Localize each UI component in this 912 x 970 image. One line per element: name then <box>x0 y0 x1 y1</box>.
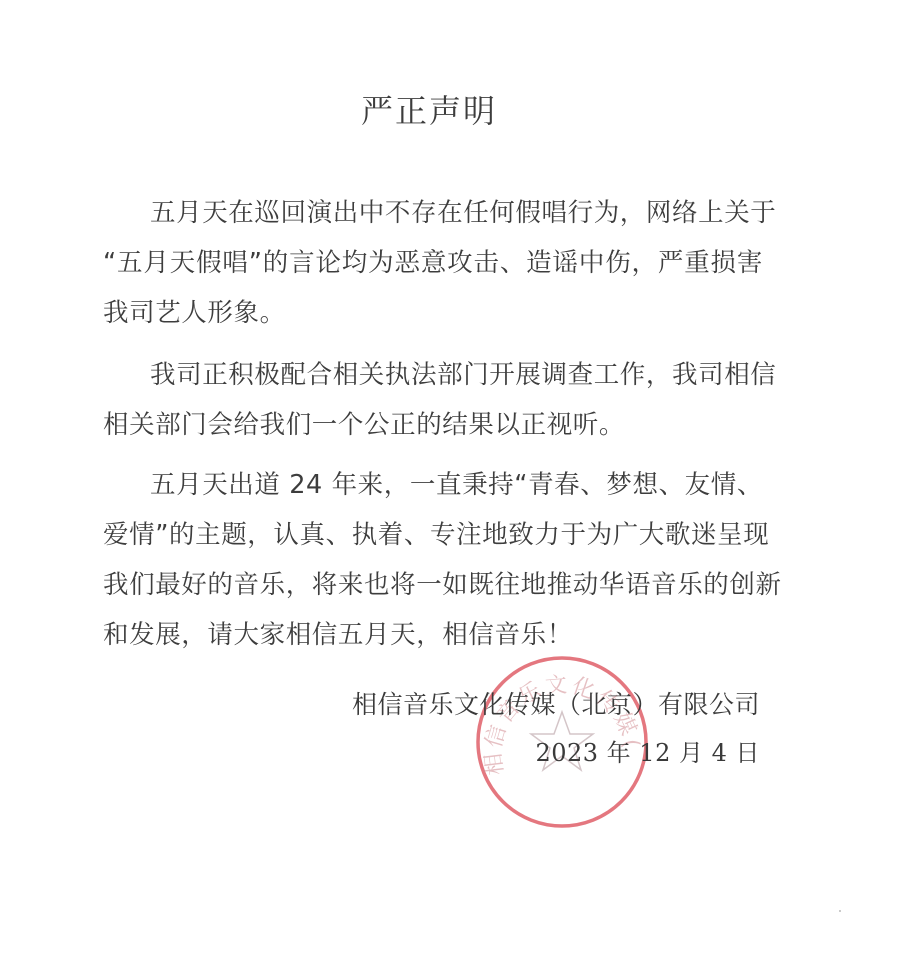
paragraph-1-line-3: 我司艺人形象。 <box>103 298 763 328</box>
paragraph-1-line-2: “五月天假唱”的言论均为恶意攻击、造谣中伤，严重损害 <box>103 248 763 278</box>
paragraph-2-line-1: 我司正积极配合相关执法部门开展调查工作，我司相信 <box>150 360 763 390</box>
signature-company: 相信音乐文化传媒（北京）有限公司 <box>352 690 760 720</box>
paragraph-3-line-3: 我们最好的音乐，将来也将一如既往地推动华语音乐的创新 <box>103 570 763 600</box>
paragraph-3-line-1: 五月天出道 24 年来，一直秉持“青春、梦想、友情、 <box>150 470 763 500</box>
speck <box>839 910 841 912</box>
paragraph-2-line-2: 相关部门会给我们一个公正的结果以正视听。 <box>103 410 763 440</box>
paragraph-1-line-1: 五月天在巡回演出中不存在任何假唱行为，网络上关于 <box>150 198 763 228</box>
paragraph-3-line-2: 爱情”的主题，认真、执着、专注地致力于为广大歌迷呈现 <box>103 520 763 550</box>
document-title: 严正声明 <box>0 86 858 132</box>
signature-date: 2023 年 12 月 4 日 <box>535 738 760 768</box>
statement-page: 严正声明 五月天在巡回演出中不存在任何假唱行为，网络上关于 “五月天假唱”的言论… <box>0 0 912 970</box>
paragraph-3-line-4: 和发展，请大家相信五月天，相信音乐！ <box>103 620 763 650</box>
